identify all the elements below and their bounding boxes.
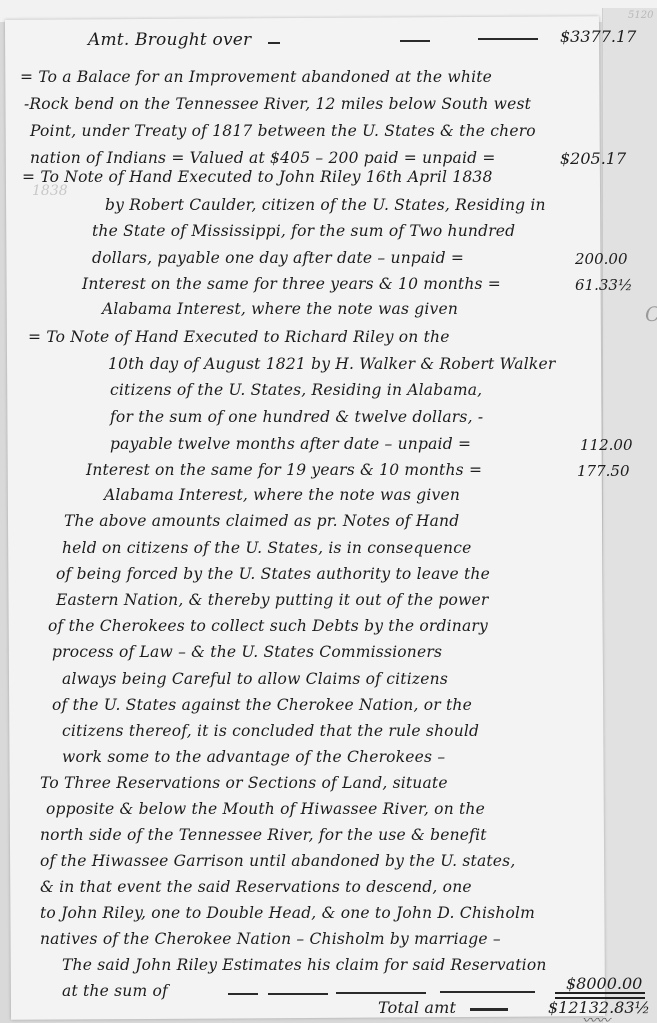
dash-rule	[470, 1008, 508, 1011]
entry-3-interest-amount: 177.50	[577, 462, 630, 480]
entry-3-line-2: 10th day of August 1821 by H. Walker & R…	[108, 355, 555, 373]
dash-rule	[268, 42, 280, 44]
page-number-stamp: 5120	[628, 10, 653, 21]
reservation-line-7: natives of the Cherokee Nation – Chishol…	[40, 930, 501, 948]
dash-rule	[268, 993, 328, 995]
reservation-line-8: The said John Riley Estimates his claim …	[62, 956, 547, 974]
paragraph-line-5: of the Cherokees to collect such Debts b…	[48, 617, 488, 635]
header-label: Amt. Brought over	[88, 30, 251, 50]
paragraph-line-2: held on citizens of the U. States, is in…	[62, 539, 471, 557]
paragraph-line-8: of the U. States against the Cherokee Na…	[52, 696, 472, 714]
entry-3-line-1: = To Note of Hand Executed to Richard Ri…	[28, 328, 450, 346]
header-amount: $3377.17	[560, 27, 636, 46]
adjacent-page-mark: C	[645, 302, 657, 326]
total-label: Total amt	[378, 998, 456, 1017]
entry-2-interest-amount: 61.33½	[575, 276, 632, 294]
reservation-line-5: & in that event the said Reservations to…	[40, 878, 472, 896]
entry-1-line-1: = To a Balace for an Improvement abandon…	[20, 68, 492, 86]
entry-2-line-4: dollars, payable one day after date – un…	[92, 249, 464, 267]
entry-2-amount: 200.00	[575, 250, 628, 268]
entry-3-note: Alabama Interest, where the note was giv…	[104, 486, 460, 504]
entry-1-line-2: -Rock bend on the Tennessee River, 12 mi…	[24, 95, 531, 113]
dash-rule	[336, 992, 426, 994]
entry-1-line-4: nation of Indians = Valued at $405 – 200…	[30, 149, 496, 167]
dash-rule	[478, 38, 538, 40]
reservation-line-2: opposite & below the Mouth of Hiwassee R…	[46, 800, 485, 818]
entry-2-line-1: = To Note of Hand Executed to John Riley…	[22, 168, 493, 186]
entry-1-line-3: Point, under Treaty of 1817 between the …	[30, 122, 536, 140]
paragraph-line-4: Eastern Nation, & thereby putting it out…	[56, 591, 488, 609]
paragraph-line-9: citizens thereof, it is concluded that t…	[62, 722, 479, 740]
entry-3-interest-line: Interest on the same for 19 years & 10 m…	[86, 461, 482, 479]
paragraph-line-10: work some to the advantage of the Cherok…	[62, 748, 445, 766]
entry-3-line-5: payable twelve months after date – unpai…	[110, 435, 471, 453]
paragraph-line-6: process of Law – & the U. States Commiss…	[52, 643, 442, 661]
entry-3-amount: 112.00	[580, 436, 633, 454]
entry-3-line-4: for the sum of one hundred & twelve doll…	[110, 408, 483, 426]
entry-2-line-2: by Robert Caulder, citizen of the U. Sta…	[105, 196, 546, 214]
entry-3-line-3: citizens of the U. States, Residing in A…	[110, 381, 482, 399]
underline-flourish: 〰〰	[582, 1010, 610, 1023]
reservation-line-4: of the Hiwassee Garrison until abandoned…	[40, 852, 515, 870]
dash-rule	[228, 993, 258, 995]
entry-2-line-3: the State of Mississippi, for the sum of…	[92, 222, 515, 240]
reservation-line-3: north side of the Tennessee River, for t…	[40, 826, 487, 844]
dash-rule	[440, 991, 535, 993]
paragraph-line-3: of being forced by the U. States authori…	[56, 565, 490, 583]
paragraph-line-1: The above amounts claimed as pr. Notes o…	[64, 512, 459, 530]
reservation-line-6: to John Riley, one to Double Head, & one…	[40, 904, 535, 922]
reservation-line-1: To Three Reservations or Sections of Lan…	[40, 774, 448, 792]
dash-rule	[400, 40, 430, 42]
entry-2-note: Alabama Interest, where the note was giv…	[102, 300, 458, 318]
reservation-line-9: at the sum of	[62, 982, 168, 1000]
entry-1-amount: $205.17	[560, 149, 626, 168]
entry-2-interest-line: Interest on the same for three years & 1…	[82, 275, 501, 293]
paragraph-line-7: always being Careful to allow Claims of …	[62, 670, 448, 688]
reservation-amount: $8000.00	[566, 974, 642, 993]
